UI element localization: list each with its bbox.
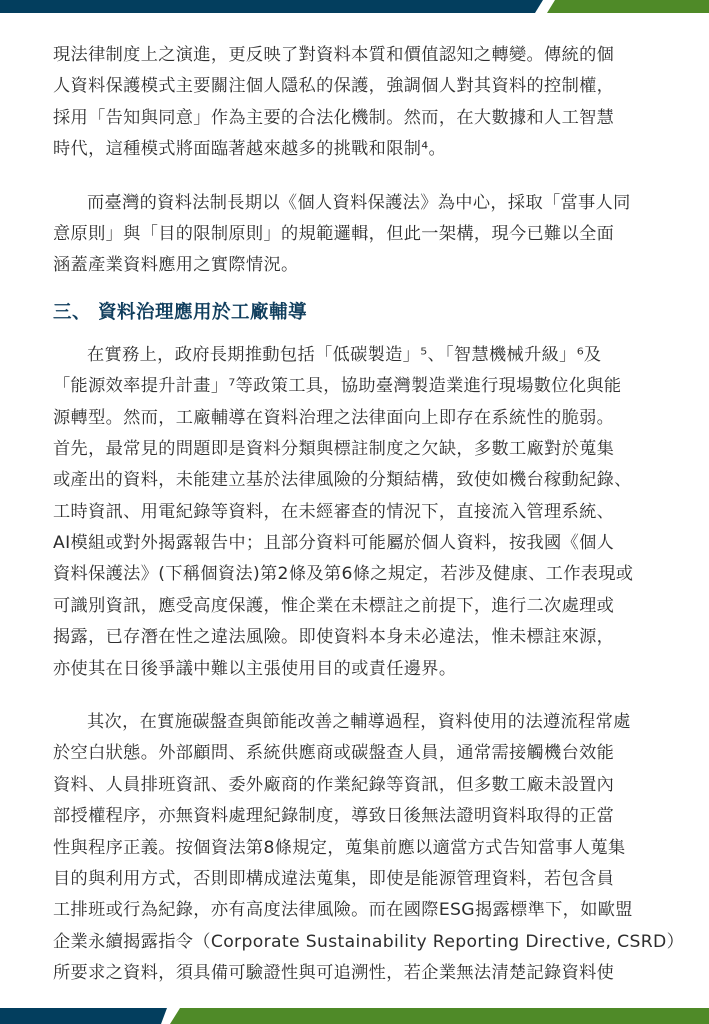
text-line: 資料保護法》(下稱個資法)第2條及第6條之規定，若涉及健康、工作表現或 bbox=[53, 559, 673, 590]
section-heading: 三、 資料治理應用於工廠輔導 bbox=[53, 298, 673, 328]
text-line: AI模組或對外揭露報告中；且部分資料可能屬於個人資料，按我國《個人 bbox=[53, 528, 673, 559]
text-line: 揭露，已存潛在性之違法風險。即使資料本身未必違法，惟未標註來源， bbox=[53, 622, 673, 653]
text-line: 時代，這種模式將面臨著越來越多的挑戰和限制⁴。 bbox=[53, 134, 673, 165]
text-line: 性與程序正義。按個資法第8條規定，蒐集前應以適當方式告知當事人蒐集 bbox=[53, 833, 673, 864]
text-line: 現法律制度上之演進，更反映了對資料本質和價值認知之轉變。傳統的個 bbox=[53, 40, 673, 71]
text-line: 而臺灣的資料法制長期以《個人資料保護法》為中心，採取「當事人同 bbox=[53, 188, 673, 219]
paragraph-4: 其次，在實施碳盤查與節能改善之輔導過程，資料使用的法遵流程常處 於空白狀態。外部… bbox=[53, 707, 673, 990]
text-line: 涵蓋產業資料應用之實際情況。 bbox=[53, 250, 673, 281]
text-line: 意原則」與「目的限制原則」的規範邏輯，但此一架構，現今已難以全面 bbox=[53, 219, 673, 250]
footer-stripe-graphic bbox=[0, 1008, 709, 1024]
text-line: 首先，最常見的問題即是資料分類與標註制度之欠缺，多數工廠對於蒐集 bbox=[53, 434, 673, 465]
text-line: 源轉型。然而，工廠輔導在資料治理之法律面向上即存在系統性的脆弱。 bbox=[53, 403, 673, 434]
text-line: 人資料保護模式主要關注個人隱私的保護，強調個人對其資料的控制權， bbox=[53, 71, 673, 102]
text-line: 工排班或行為紀錄，亦有高度法律風險。而在國際ESG揭露標準下，如歐盟 bbox=[53, 895, 673, 926]
footer-decorative-bar bbox=[0, 1008, 709, 1024]
text-line: 企業永續揭露指令（Corporate Sustainability Report… bbox=[53, 927, 673, 958]
text-line: 亦使其在日後爭議中難以主張使用目的或責任邊界。 bbox=[53, 654, 673, 685]
paragraph-1: 現法律制度上之演進，更反映了對資料本質和價值認知之轉變。傳統的個 人資料保護模式… bbox=[53, 40, 673, 166]
text-line: 其次，在實施碳盤查與節能改善之輔導過程，資料使用的法遵流程常處 bbox=[53, 707, 673, 738]
header-decorative-bar bbox=[0, 0, 709, 13]
paragraph-2: 而臺灣的資料法制長期以《個人資料保護法》為中心，採取「當事人同 意原則」與「目的… bbox=[53, 188, 673, 282]
text-line: 可識別資訊，應受高度保護，惟企業在未標註之前提下，進行二次處理或 bbox=[53, 591, 673, 622]
paragraph-3: 在實務上，政府長期推動包括「低碳製造」⁵、「智慧機械升級」⁶及 「能源效率提升計… bbox=[53, 340, 673, 685]
text-line: 在實務上，政府長期推動包括「低碳製造」⁵、「智慧機械升級」⁶及 bbox=[53, 340, 673, 371]
text-line: 所要求之資料，須具備可驗證性與可追溯性，若企業無法清楚記錄資料使 bbox=[53, 958, 673, 989]
text-line: 採用「告知與同意」作為主要的合法化機制。然而，在大數據和人工智慧 bbox=[53, 103, 673, 134]
text-line: 目的與利用方式，否則即構成違法蒐集，即使是能源管理資料，若包含員 bbox=[53, 864, 673, 895]
header-stripe-graphic bbox=[0, 0, 709, 13]
text-line: 部授權程序，亦無資料處理紀錄制度，導致日後無法證明資料取得的正當 bbox=[53, 801, 673, 832]
text-line: 或產出的資料，未能建立基於法律風險的分類結構，致使如機台稼動紀錄、 bbox=[53, 465, 673, 496]
text-line: 資料、人員排班資訊、委外廠商的作業紀錄等資訊，但多數工廠未設置內 bbox=[53, 770, 673, 801]
text-line: 工時資訊、用電紀錄等資料，在未經審查的情況下，直接流入管理系統、 bbox=[53, 497, 673, 528]
text-line: 於空白狀態。外部顧問、系統供應商或碳盤查人員，通常需接觸機台效能 bbox=[53, 738, 673, 769]
text-line: 「能源效率提升計畫」⁷等政策工具，協助臺灣製造業進行現場數位化與能 bbox=[53, 371, 673, 402]
document-body: 現法律制度上之演進，更反映了對資料本質和價值認知之轉變。傳統的個 人資料保護模式… bbox=[53, 40, 673, 990]
